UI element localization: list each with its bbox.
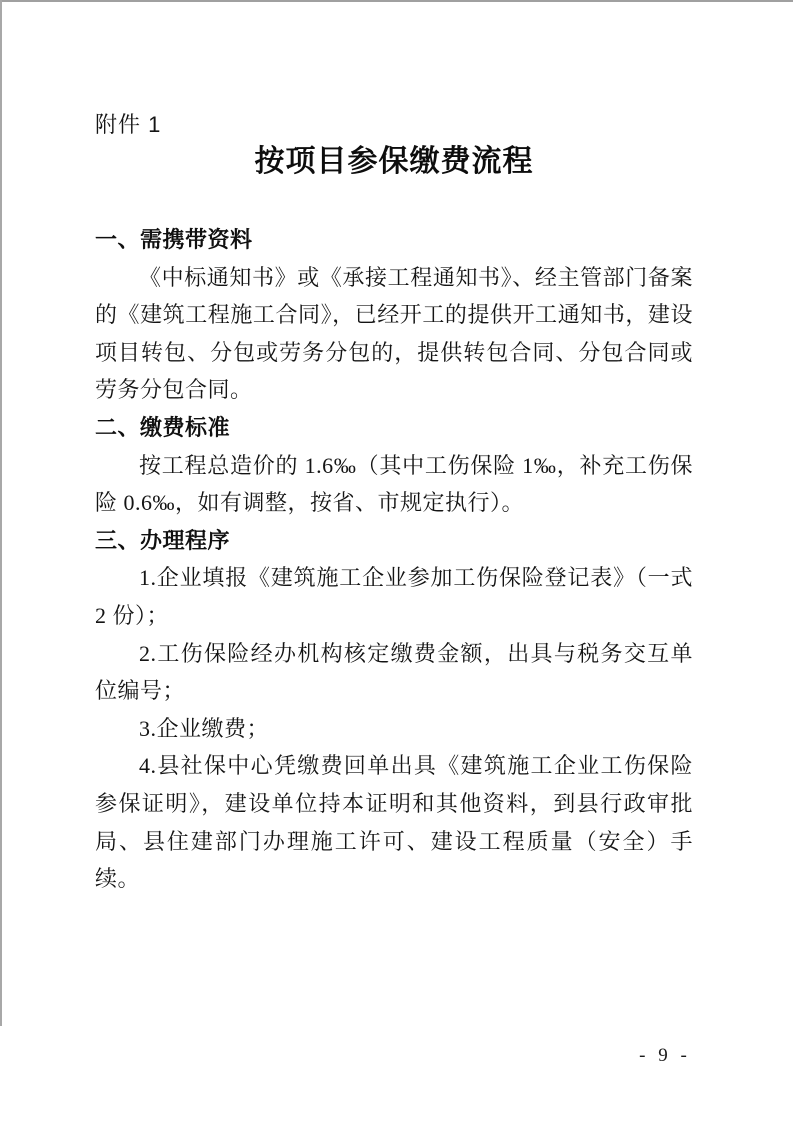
- page-number: - 9 -: [620, 1044, 710, 1068]
- paragraph: 4.县社保中心凭缴费回单出具《建筑施工企业工伤保险参保证明》，建设单位持本证明和…: [95, 747, 693, 897]
- section-heading-3: 三、办理程序: [95, 522, 693, 560]
- document-content: 一、需携带资料 《中标通知书》或《承接工程通知书》、经主管部门备案的《建筑工程施…: [95, 221, 693, 898]
- paragraph: 《中标通知书》或《承接工程通知书》、经主管部门备案的《建筑工程施工合同》，已经开…: [95, 259, 693, 409]
- paragraph: 1.企业填报《建筑施工企业参加工伤保险登记表》（一式 2 份）；: [95, 559, 693, 634]
- paragraph: 按工程总造价的 1.6‰（其中工伤保险 1‰，补充工伤保险 0.6‰，如有调整，…: [95, 447, 693, 522]
- scan-edge-left: [0, 0, 2, 1026]
- scan-edge-top: [0, 0, 793, 2]
- document-page: 附件 1 按项目参保缴费流程 一、需携带资料 《中标通知书》或《承接工程通知书》…: [0, 0, 793, 1122]
- document-body: 附件 1 按项目参保缴费流程 一、需携带资料 《中标通知书》或《承接工程通知书》…: [95, 112, 693, 898]
- attachment-label: 附件 1: [95, 112, 693, 138]
- paragraph: 3.企业缴费；: [95, 710, 693, 748]
- document-title: 按项目参保缴费流程: [95, 142, 693, 182]
- paragraph: 2.工伤保险经办机构核定缴费金额，出具与税务交互单位编号；: [95, 635, 693, 710]
- section-heading-2: 二、缴费标准: [95, 409, 693, 447]
- section-heading-1: 一、需携带资料: [95, 221, 693, 259]
